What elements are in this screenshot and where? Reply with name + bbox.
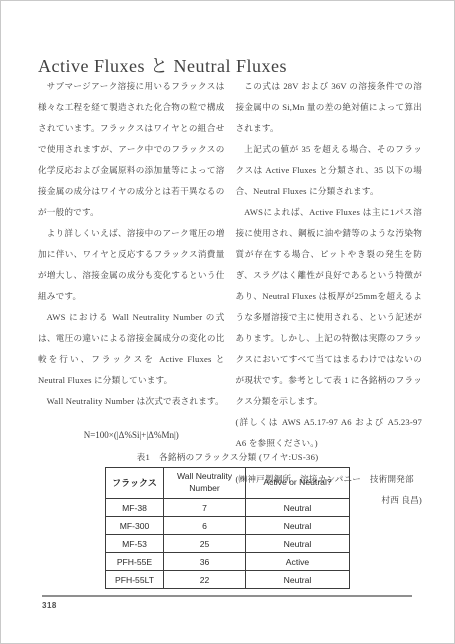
flux-table-section: 表1 各銘柄のフラックス分類 (ワイヤ:US-36) フラックス Wall Ne… [0, 451, 455, 589]
header-wall-neutrality-number: Wall Neutrality Number [164, 468, 246, 499]
table-row: MF-300 6 Neutral [106, 517, 350, 535]
paragraph: AWS における Wall Neutrality Number の式は、電圧の違… [38, 307, 225, 391]
header-flux: フラックス [106, 468, 164, 499]
paragraph: サブマージアーク溶接に用いるフラックスは様々な工程を経て製造された化合物の粒で構… [38, 76, 225, 223]
paragraph: 上記式の値が 35 を超える場合、そのフラックスは Active Fluxes … [236, 139, 423, 202]
cell-classification: Neutral [246, 535, 350, 553]
table-row: MF-38 7 Neutral [106, 499, 350, 517]
cell-classification: Neutral [246, 499, 350, 517]
cell-classification: Neutral [246, 517, 350, 535]
table-row: PFH-55LT 22 Neutral [106, 571, 350, 589]
right-column: この式は 28V および 36V の溶接条件での溶接金属中の Si,Mn 量の差… [236, 76, 423, 511]
left-column: サブマージアーク溶接に用いるフラックスは様々な工程を経て製造された化合物の粒で構… [38, 76, 225, 511]
cell-flux-name: MF-300 [106, 517, 164, 535]
document-page: Active Fluxes と Neutral Fluxes サブマージアーク溶… [0, 0, 455, 644]
cell-flux-name: MF-53 [106, 535, 164, 553]
cell-classification: Neutral [246, 571, 350, 589]
page-title: Active Fluxes と Neutral Fluxes [38, 52, 287, 78]
header-active-or-neutral: Active or Neutral? [246, 468, 350, 499]
paragraph: AWSによれば、Active Fluxes は主に1パス溶接に使用され、鋼板に油… [236, 202, 423, 412]
paragraph: この式は 28V および 36V の溶接条件での溶接金属中の Si,Mn 量の差… [236, 76, 423, 139]
footer-divider [42, 595, 412, 597]
table-row: MF-53 25 Neutral [106, 535, 350, 553]
cell-number: 7 [164, 499, 246, 517]
page-number: 318 [42, 601, 57, 610]
paragraph: Wall Neutrality Number は次式で表されます。 [38, 391, 225, 412]
cell-flux-name: PFH-55LT [106, 571, 164, 589]
flux-classification-table: フラックス Wall Neutrality Number Active or N… [105, 467, 350, 589]
body-columns: サブマージアーク溶接に用いるフラックスは様々な工程を経て製造された化合物の粒で構… [38, 76, 422, 511]
table-caption: 表1 各銘柄のフラックス分類 (ワイヤ:US-36) [0, 451, 455, 463]
table-header-row: フラックス Wall Neutrality Number Active or N… [106, 468, 350, 499]
cell-classification: Active [246, 553, 350, 571]
table-row: PFH-55E 36 Active [106, 553, 350, 571]
reference-note: (詳しくは AWS A5.17-97 A6 および A5.23-97 A6 を参… [236, 412, 423, 454]
cell-number: 25 [164, 535, 246, 553]
cell-number: 22 [164, 571, 246, 589]
neutrality-formula: N=100×(|Δ%Si|+|Δ%Mn|) [38, 425, 225, 446]
cell-number: 36 [164, 553, 246, 571]
cell-flux-name: MF-38 [106, 499, 164, 517]
paragraph: より詳しくいえば、溶接中のアーク電圧の増加に伴い、ワイヤと反応するフラックス消費… [38, 223, 225, 307]
cell-flux-name: PFH-55E [106, 553, 164, 571]
cell-number: 6 [164, 517, 246, 535]
